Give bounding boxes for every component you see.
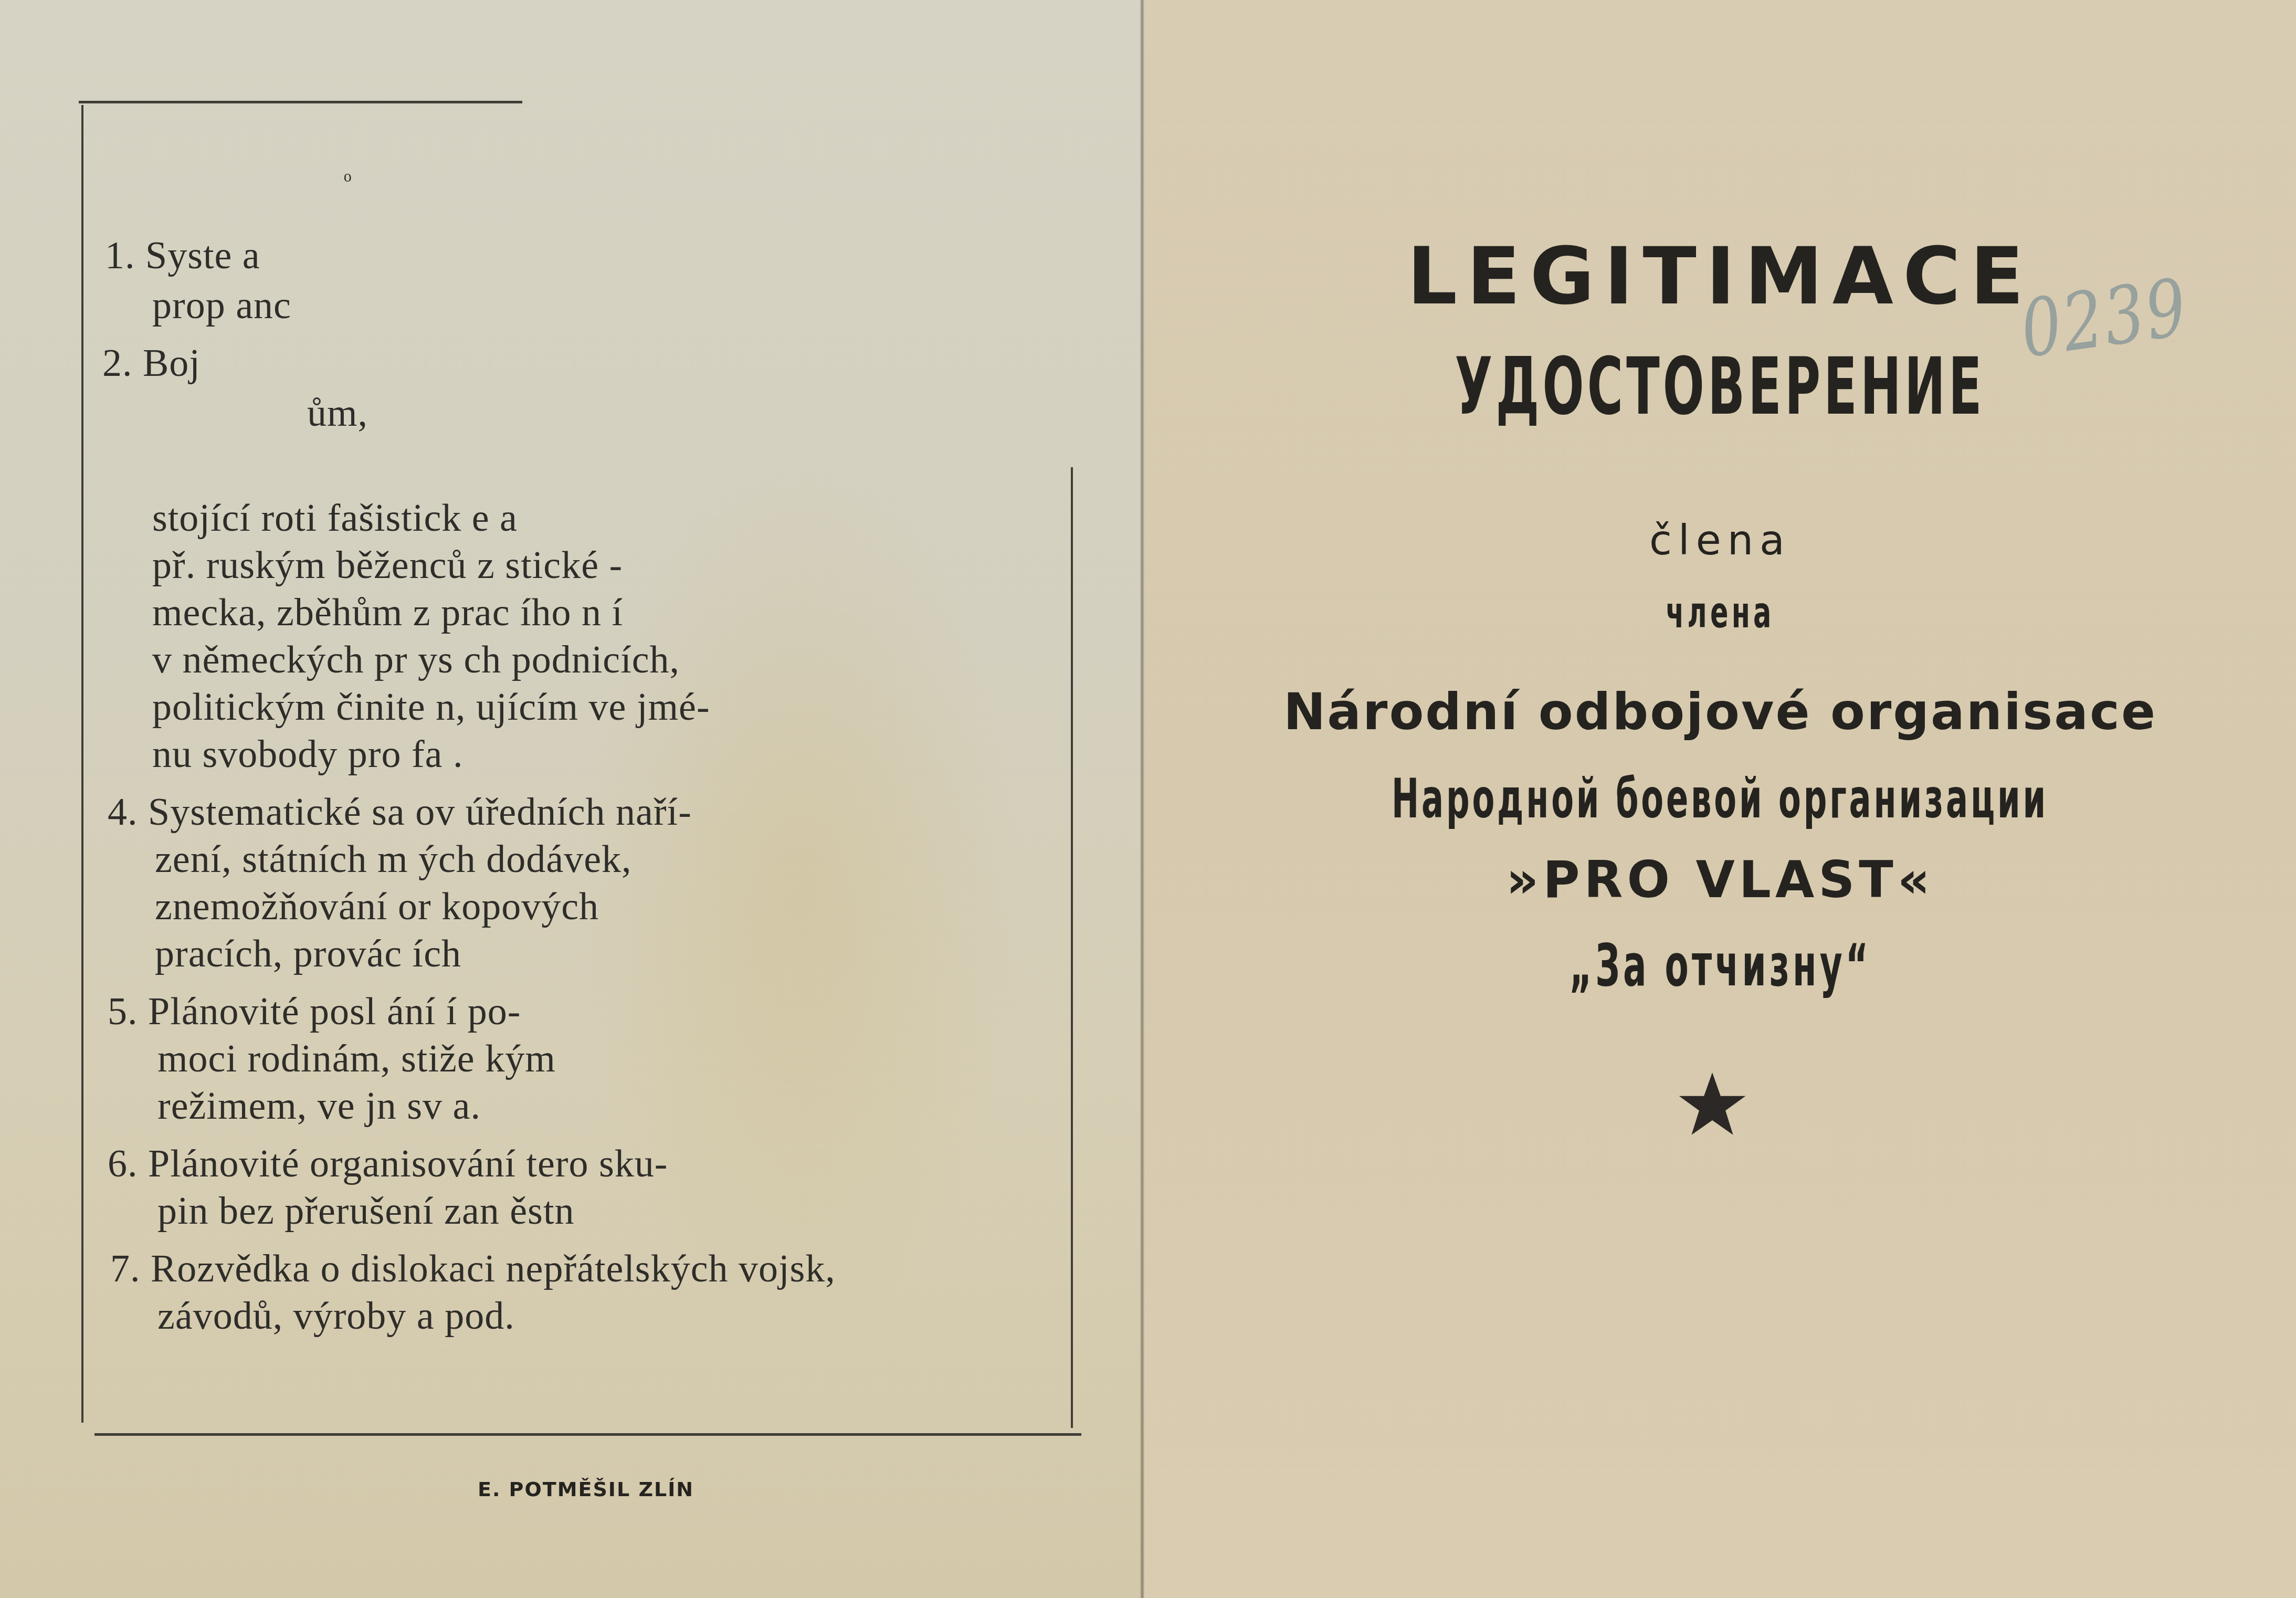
member-russian-wrap: члена (1144, 588, 2296, 638)
item-1-cont: prop anc (152, 283, 291, 328)
member-russian: члена (1666, 588, 1774, 638)
item-3-line-6: nu svobody pro fa . (152, 732, 463, 777)
frame-right-rule (1071, 467, 1073, 1428)
motto-russian: „За отчизну“ (1569, 932, 1871, 999)
item-5-line-3: režimem, ve jn sv a. (157, 1084, 481, 1129)
item-3-line-5: politickým činite n, ujícím ve jmé- (152, 685, 710, 730)
item-2-cont: ům, (307, 391, 368, 436)
top-fragment: ₒ (344, 155, 351, 185)
item-6-line-1: 6. Plánovité organisování tero sku- (108, 1142, 668, 1186)
item-4-line-2: zení, státních m ých dodávek, (155, 837, 632, 882)
organization-russian: Народной боевой организации (1392, 766, 2048, 830)
item-2-line: 2. Boj (102, 341, 201, 386)
organization-russian-wrap: Народной боевой организации (1144, 766, 2296, 830)
frame-top-rule (79, 101, 522, 103)
item-5-line-2: moci rodinám, stiže kým (157, 1037, 556, 1081)
item-3-line-2: př. ruským běženců z stické - (152, 543, 623, 588)
printer-imprint: E. POTMĚŠIL ZLÍN (478, 1478, 694, 1501)
page-fold (1140, 0, 1144, 1598)
star-icon (1678, 1071, 1747, 1137)
item-3-line-3: mecka, zběhům z prac ího n í (152, 591, 623, 635)
item-4-line-1: 4. Systematické sa ov úředních naří- (108, 790, 692, 835)
motto-czech: »PRO VLAST« (1144, 850, 2296, 909)
item-1-line: 1. Syste a (105, 234, 260, 278)
paper-stain (577, 446, 1024, 1339)
title-russian: УДОСТОВЕРЕНИЕ (1455, 341, 1985, 433)
item-3-line-1: stojící roti fašistick e a (152, 496, 518, 541)
frame-left-rule (81, 105, 83, 1423)
organization-czech: Národní odbojové organisace (1144, 682, 2296, 741)
frame-bottom-rule (94, 1433, 1081, 1436)
item-3-line-4: v německých pr ys ch podnicích, (152, 638, 680, 682)
item-4-line-4: pracích, provác ích (155, 932, 461, 976)
item-7-line-1: 7. Rozvědka o dislokaci nepřátelských vo… (110, 1247, 836, 1291)
member-czech: člena (1144, 517, 2296, 564)
item-4-line-3: znemožňování or kopových (155, 885, 599, 929)
item-7-line-2: závodů, výroby a pod. (157, 1294, 515, 1339)
item-6-line-2: pin bez přerušení zan ěstn (157, 1189, 574, 1234)
item-5-line-1: 5. Plánovité posl ání í po- (108, 990, 521, 1034)
motto-russian-wrap: „За отчизну“ (1144, 932, 2296, 1000)
